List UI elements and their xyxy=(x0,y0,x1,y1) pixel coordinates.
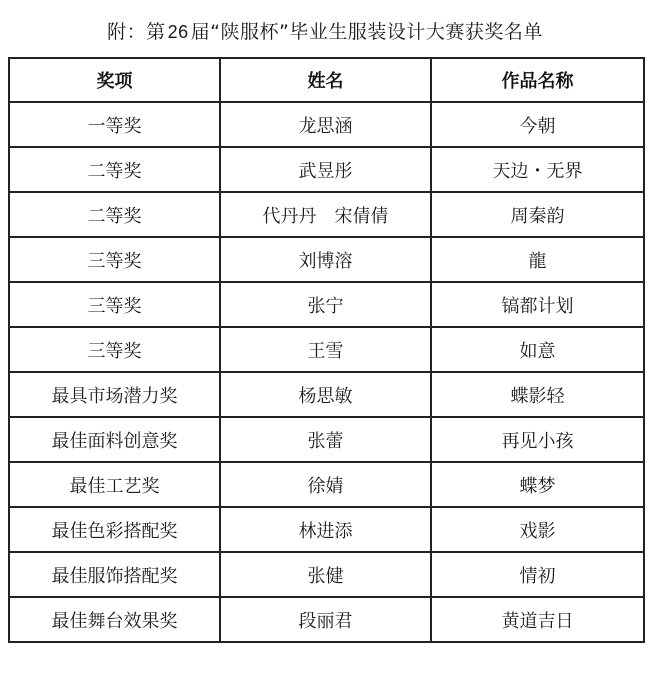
table-row: 三等奖 王雪 如意 xyxy=(9,327,644,372)
work-cell: 今朝 xyxy=(431,102,644,147)
table-row: 最佳面料创意奖 张蕾 再见小孩 xyxy=(9,417,644,462)
name-cell: 张宁 xyxy=(220,282,431,327)
award-cell: 三等奖 xyxy=(9,327,220,372)
table-row: 二等奖 代丹丹 宋倩倩 周秦韵 xyxy=(9,192,644,237)
work-cell: 再见小孩 xyxy=(431,417,644,462)
name-cell: 代丹丹 宋倩倩 xyxy=(220,192,431,237)
table-row: 最佳工艺奖 徐婧 蝶梦 xyxy=(9,462,644,507)
work-cell: 情初 xyxy=(431,552,644,597)
name-cell: 徐婧 xyxy=(220,462,431,507)
name-cell: 林进添 xyxy=(220,507,431,552)
table-row: 最佳服饰搭配奖 张健 情初 xyxy=(9,552,644,597)
header-work-title: 作品名称 xyxy=(431,58,644,102)
work-cell: 蝶影轻 xyxy=(431,372,644,417)
work-cell: 龍 xyxy=(431,237,644,282)
header-name: 姓名 xyxy=(220,58,431,102)
name-cell: 龙思涵 xyxy=(220,102,431,147)
name-cell: 刘博溶 xyxy=(220,237,431,282)
work-cell: 镐都计划 xyxy=(431,282,644,327)
award-cell: 最佳面料创意奖 xyxy=(9,417,220,462)
name-cell: 王雪 xyxy=(220,327,431,372)
title-prefix: 附：第 xyxy=(107,21,166,43)
table-row: 三等奖 刘博溶 龍 xyxy=(9,237,644,282)
award-cell: 最佳工艺奖 xyxy=(9,462,220,507)
award-cell: 三等奖 xyxy=(9,282,220,327)
table-row: 二等奖 武昱彤 天边・无界 xyxy=(9,147,644,192)
table-row: 最佳舞台效果奖 段丽君 黄道吉日 xyxy=(9,597,644,642)
award-cell: 一等奖 xyxy=(9,102,220,147)
table-row: 三等奖 张宁 镐都计划 xyxy=(9,282,644,327)
header-award: 奖项 xyxy=(9,58,220,102)
table-header-row: 奖项 姓名 作品名称 xyxy=(9,58,644,102)
award-cell: 二等奖 xyxy=(9,192,220,237)
table-row: 一等奖 龙思涵 今朝 xyxy=(9,102,644,147)
title-edition-number: 26 xyxy=(166,22,191,42)
name-cell: 张健 xyxy=(220,552,431,597)
work-cell: 蝶梦 xyxy=(431,462,644,507)
name-cell: 武昱彤 xyxy=(220,147,431,192)
name-cell: 杨思敏 xyxy=(220,372,431,417)
work-cell: 如意 xyxy=(431,327,644,372)
title-suffix: 届“陕服杯”毕业生服装设计大赛获奖名单 xyxy=(191,21,543,43)
work-cell: 周秦韵 xyxy=(431,192,644,237)
page-title: 附：第26届“陕服杯”毕业生服装设计大赛获奖名单 xyxy=(0,19,650,45)
award-cell: 最佳服饰搭配奖 xyxy=(9,552,220,597)
work-cell: 戏影 xyxy=(431,507,644,552)
work-cell: 黄道吉日 xyxy=(431,597,644,642)
name-cell: 张蕾 xyxy=(220,417,431,462)
award-winners-table: 奖项 姓名 作品名称 一等奖 龙思涵 今朝 二等奖 武昱彤 天边・无界 二等奖 … xyxy=(8,57,645,643)
award-cell: 二等奖 xyxy=(9,147,220,192)
table-row: 最具市场潜力奖 杨思敏 蝶影轻 xyxy=(9,372,644,417)
award-cell: 最佳色彩搭配奖 xyxy=(9,507,220,552)
name-cell: 段丽君 xyxy=(220,597,431,642)
table-row: 最佳色彩搭配奖 林进添 戏影 xyxy=(9,507,644,552)
award-cell: 最佳舞台效果奖 xyxy=(9,597,220,642)
work-cell: 天边・无界 xyxy=(431,147,644,192)
award-cell: 最具市场潜力奖 xyxy=(9,372,220,417)
award-cell: 三等奖 xyxy=(9,237,220,282)
